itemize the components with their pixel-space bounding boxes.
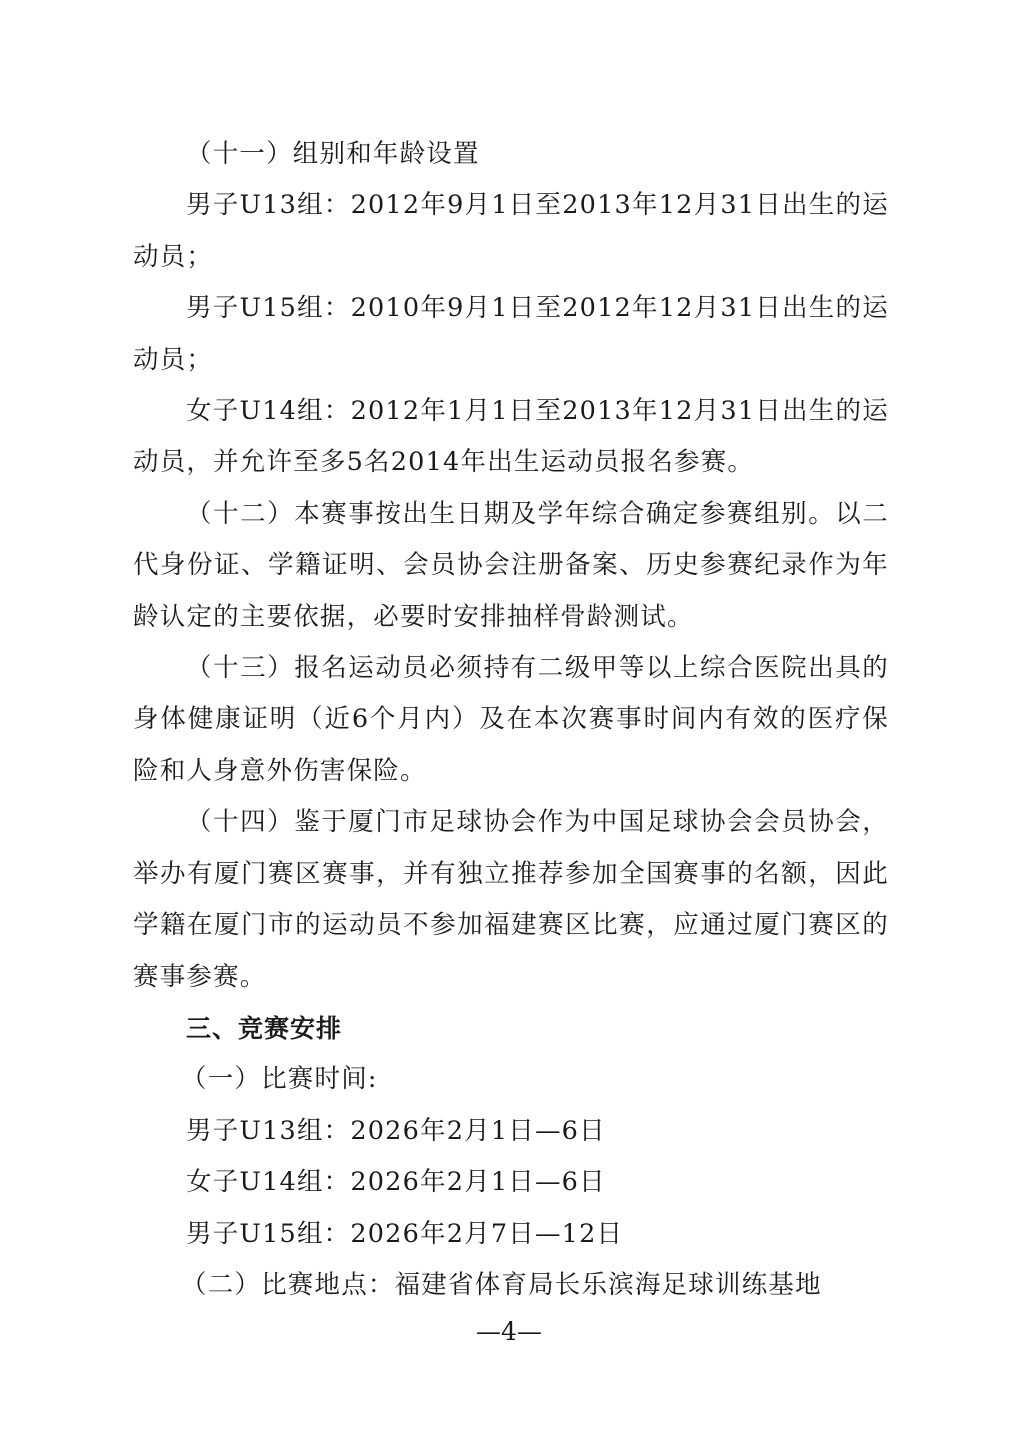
- subheading-venue: （二）比赛地点：福建省体育局长乐滨海足球训练基地: [133, 1260, 889, 1311]
- paragraph-item-12: （十二）本赛事按出生日期及学年综合确定参赛组别。以二代身份证、学籍证明、会员协会…: [133, 489, 889, 643]
- schedule-u14-girls: 女子U14组：2026年2月1日—6日: [133, 1157, 889, 1208]
- paragraph-u14-girls-age: 女子U14组：2012年1月1日至2013年12月31日出生的运动员，并允许至多…: [133, 386, 889, 489]
- document-page: （十一）组别和年龄设置 男子U13组：2012年9月1日至2013年12月31日…: [133, 129, 889, 1311]
- section-heading-competition-schedule: 三、竞赛安排: [133, 1003, 889, 1054]
- schedule-u13-boys: 男子U13组：2026年2月1日—6日: [133, 1106, 889, 1157]
- subheading-age-groups: （十一）组别和年龄设置: [133, 129, 889, 180]
- schedule-u15-boys: 男子U15组：2026年2月7日—12日: [133, 1209, 889, 1260]
- paragraph-item-14: （十四）鉴于厦门市足球协会作为中国足球协会会员协会，举办有厦门赛区赛事，并有独立…: [133, 797, 889, 1003]
- page-number: —4—: [0, 1312, 1018, 1352]
- paragraph-u15-boys-age: 男子U15组：2010年9月1日至2012年12月31日出生的运动员；: [133, 283, 889, 386]
- paragraph-u13-boys-age: 男子U13组：2012年9月1日至2013年12月31日出生的运动员；: [133, 180, 889, 283]
- paragraph-item-13: （十三）报名运动员必须持有二级甲等以上综合医院出具的身体健康证明（近6个月内）及…: [133, 643, 889, 797]
- subheading-match-time: （一）比赛时间:: [133, 1054, 889, 1105]
